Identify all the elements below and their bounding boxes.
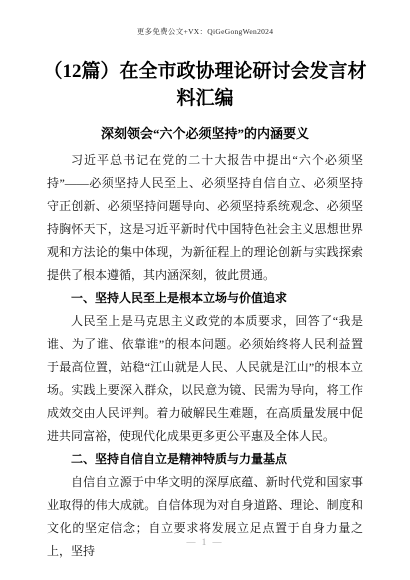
paragraph-section-2: 自信自立源于中华文明的深厚底蕴、新时代党和国家事业取得的伟大成就。自信体现为对自… xyxy=(47,471,363,563)
paragraph-section-1: 人民至上是马克思主义政党的本质要求，回答了“我是谁、为了谁、依靠谁”的根本问题。… xyxy=(47,310,363,448)
paragraph-intro: 习近平总书记在党的二十大报告中提出“六个必须坚持”——必须坚持人民至上、必须坚持… xyxy=(47,149,363,287)
document-body: 习近平总书记在党的二十大报告中提出“六个必须坚持”——必须坚持人民至上、必须坚持… xyxy=(47,149,363,563)
page-number: — 1 — xyxy=(0,537,410,547)
header-note: 更多免费公文+VX：QiGeGongWen2024 xyxy=(0,26,410,37)
heading-section-2: 二、坚持自信自立是精神特质与力量基点 xyxy=(47,448,363,471)
document-page: 更多免费公文+VX：QiGeGongWen2024 （12篇）在全市政协理论研讨… xyxy=(0,0,410,580)
section-subtitle: 深刻领会“六个必须坚持”的内涵要义 xyxy=(47,126,363,142)
document-title: （12篇）在全市政协理论研讨会发言材料汇编 xyxy=(38,58,372,112)
heading-section-1: 一、坚持人民至上是根本立场与价值追求 xyxy=(47,287,363,310)
